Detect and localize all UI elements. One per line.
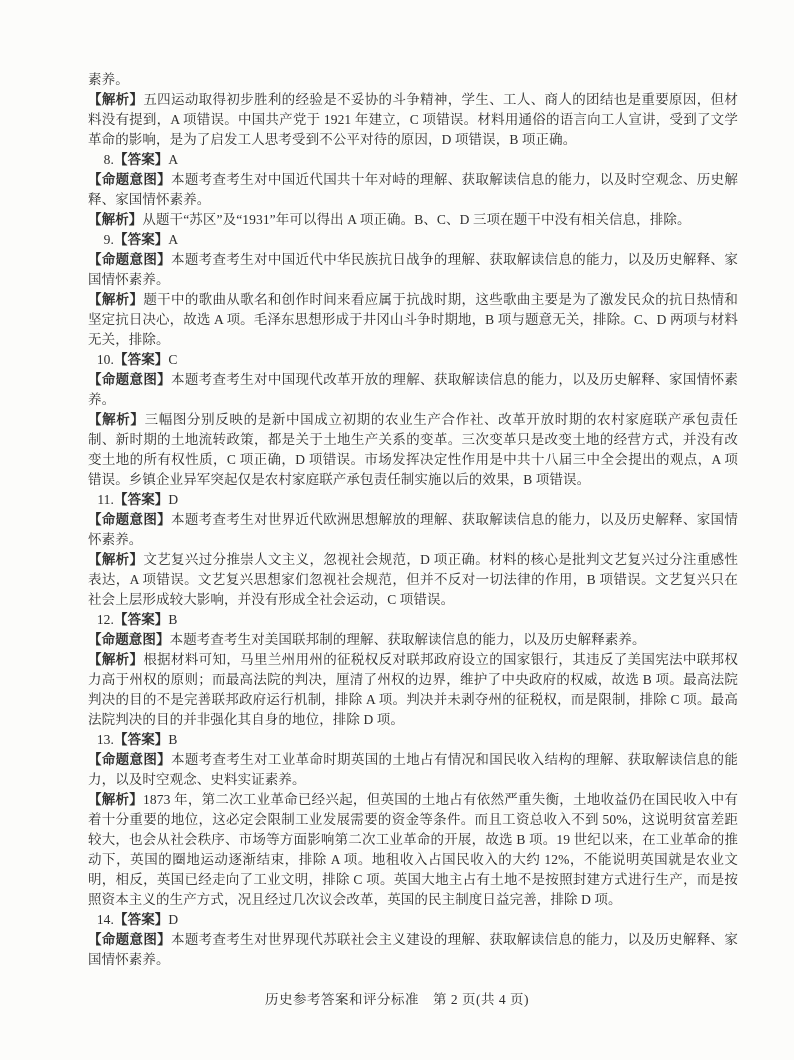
answer-item-11: 11.【答案】D 【命题意图】本题考查考生对世界近代欧洲思想解放的理解、获取解读… xyxy=(62,490,738,610)
question-number: 9. xyxy=(88,230,114,250)
analysis-label: 【解析】 xyxy=(88,552,143,567)
intent-tail-text: 素养。 xyxy=(88,70,738,90)
intent-label: 【命题意图】 xyxy=(88,752,171,767)
answer-label: 【答案】 xyxy=(114,352,168,367)
intent-text: 本题考查考生对中国近代中华民族抗日战争的理解、获取解读信息的能力，以及历史解释、… xyxy=(88,252,738,287)
intent-text: 本题考查考生对工业革命时期英国的土地占有情况和国民收入结构的理解、获取解读信息的… xyxy=(88,752,738,787)
answer-item-10: 10.【答案】C 【命题意图】本题考查考生对中国现代改革开放的理解、获取解读信息… xyxy=(62,350,738,490)
analysis-label: 【解析】 xyxy=(88,412,145,427)
question-number: 10. xyxy=(88,350,114,370)
item-7-continuation: 素养。 【解析】五四运动取得初步胜利的经验是不妥协的斗争精神，学生、工人、商人的… xyxy=(62,70,738,150)
answer-line: 12.【答案】B xyxy=(88,610,738,630)
answer-value: A xyxy=(168,232,178,247)
intent-paragraph: 【命题意图】本题考查考生对世界现代苏联社会主义建设的理解、获取解读信息的能力，以… xyxy=(88,930,738,970)
question-number: 12. xyxy=(88,610,114,630)
intent-text: 本题考查考生对世界近代欧洲思想解放的理解、获取解读信息的能力，以及历史解释、家国… xyxy=(88,512,738,547)
answer-line: 11.【答案】D xyxy=(88,490,738,510)
answer-sheet-content: 素养。 【解析】五四运动取得初步胜利的经验是不妥协的斗争精神，学生、工人、商人的… xyxy=(62,70,738,970)
question-number: 14. xyxy=(88,910,114,930)
answer-line: 14.【答案】D xyxy=(88,910,738,930)
intent-label: 【命题意图】 xyxy=(88,632,170,647)
intent-label: 【命题意图】 xyxy=(88,172,171,187)
answer-item-12: 12.【答案】B 【命题意图】本题考查考生对美国联邦制的理解、获取解读信息的能力… xyxy=(62,610,738,730)
answer-value: B xyxy=(168,732,177,747)
analysis-label: 【解析】 xyxy=(88,792,143,807)
answer-value: B xyxy=(168,612,177,627)
intent-paragraph: 【命题意图】本题考查考生对中国近代国共十年对峙的理解、获取解读信息的能力，以及时… xyxy=(88,170,738,210)
answer-label: 【答案】 xyxy=(114,912,168,927)
intent-paragraph: 【命题意图】本题考查考生对中国现代改革开放的理解、获取解读信息的能力，以及历史解… xyxy=(88,370,738,410)
answer-label: 【答案】 xyxy=(114,152,168,167)
intent-label: 【命题意图】 xyxy=(88,252,171,267)
analysis-text: 文艺复兴过分推崇人文主义，忽视社会规范，D 项正确。材料的核心是批判文艺复兴过分… xyxy=(88,552,738,607)
intent-paragraph: 【命题意图】本题考查考生对工业革命时期英国的土地占有情况和国民收入结构的理解、获… xyxy=(88,750,738,790)
answer-label: 【答案】 xyxy=(114,232,168,247)
answer-line: 10.【答案】C xyxy=(88,350,738,370)
analysis-label: 【解析】 xyxy=(88,652,143,667)
answer-label: 【答案】 xyxy=(114,612,168,627)
page-footer: 历史参考答案和评分标准第 2 页(共 4 页) xyxy=(0,988,794,1008)
analysis-text: 1873 年，第二次工业革命已经兴起，但英国的土地占有依然严重失衡，土地收益仍在… xyxy=(88,792,738,907)
analysis-text: 五四运动取得初步胜利的经验是不妥协的斗争精神，学生、工人、商人的团结也是重要原因… xyxy=(88,92,738,147)
analysis-label: 【解析】 xyxy=(88,92,143,107)
intent-text: 本题考查考生对中国近代国共十年对峙的理解、获取解读信息的能力，以及时空观念、历史… xyxy=(88,172,738,207)
intent-paragraph: 【命题意图】本题考查考生对美国联邦制的理解、获取解读信息的能力，以及历史解释素养… xyxy=(88,630,738,650)
intent-text: 本题考查考生对世界现代苏联社会主义建设的理解、获取解读信息的能力，以及历史解释、… xyxy=(88,932,738,967)
footer-title: 历史参考答案和评分标准 xyxy=(265,992,419,1007)
analysis-paragraph: 【解析】题干中的歌曲从歌名和创作时间来看应属于抗战时期，这些歌曲主要是为了激发民… xyxy=(88,290,738,350)
intent-label: 【命题意图】 xyxy=(88,512,171,527)
question-number: 8. xyxy=(88,150,114,170)
analysis-paragraph: 【解析】文艺复兴过分推崇人文主义，忽视社会规范，D 项正确。材料的核心是批判文艺… xyxy=(88,550,738,610)
intent-text: 本题考查考生对中国现代改革开放的理解、获取解读信息的能力，以及历史解释、家国情怀… xyxy=(88,372,738,407)
intent-paragraph: 【命题意图】本题考查考生对中国近代中华民族抗日战争的理解、获取解读信息的能力，以… xyxy=(88,250,738,290)
answer-label: 【答案】 xyxy=(114,732,168,747)
answer-line: 8.【答案】A xyxy=(88,150,738,170)
analysis-paragraph: 【解析】从题干“苏区”及“1931”年可以得出 A 项正确。B、C、D 三项在题… xyxy=(88,210,738,230)
document-page: 素养。 【解析】五四运动取得初步胜利的经验是不妥协的斗争精神，学生、工人、商人的… xyxy=(0,0,794,1060)
analysis-paragraph: 【解析】五四运动取得初步胜利的经验是不妥协的斗争精神，学生、工人、商人的团结也是… xyxy=(88,90,738,150)
answer-item-9: 9.【答案】A 【命题意图】本题考查考生对中国近代中华民族抗日战争的理解、获取解… xyxy=(62,230,738,350)
question-number: 13. xyxy=(88,730,114,750)
answer-label: 【答案】 xyxy=(114,492,168,507)
analysis-label: 【解析】 xyxy=(88,212,142,227)
answer-item-8: 8.【答案】A 【命题意图】本题考查考生对中国近代国共十年对峙的理解、获取解读信… xyxy=(62,150,738,230)
intent-text: 本题考查考生对美国联邦制的理解、获取解读信息的能力，以及历史解释素养。 xyxy=(170,632,646,647)
intent-label: 【命题意图】 xyxy=(88,372,171,387)
analysis-text: 根据材料可知，马里兰州用州的征税权反对联邦政府设立的国家银行，其违反了美国宪法中… xyxy=(88,652,738,727)
answer-line: 13.【答案】B xyxy=(88,730,738,750)
answer-line: 9.【答案】A xyxy=(88,230,738,250)
answer-value: A xyxy=(168,152,178,167)
analysis-text: 三幅图分别反映的是新中国成立初期的农业生产合作社、改革开放时期的农村家庭联产承包… xyxy=(88,412,738,487)
answer-value: C xyxy=(168,352,177,367)
answer-item-14: 14.【答案】D 【命题意图】本题考查考生对世界现代苏联社会主义建设的理解、获取… xyxy=(62,910,738,970)
answer-value: D xyxy=(168,912,178,927)
answer-value: D xyxy=(168,492,178,507)
question-number: 11. xyxy=(88,490,114,510)
analysis-paragraph: 【解析】根据材料可知，马里兰州用州的征税权反对联邦政府设立的国家银行，其违反了美… xyxy=(88,650,738,730)
analysis-paragraph: 【解析】三幅图分别反映的是新中国成立初期的农业生产合作社、改革开放时期的农村家庭… xyxy=(88,410,738,490)
footer-page-info: 第 2 页(共 4 页) xyxy=(433,992,529,1007)
analysis-text: 题干中的歌曲从歌名和创作时间来看应属于抗战时期，这些歌曲主要是为了激发民众的抗日… xyxy=(88,292,738,347)
answer-item-13: 13.【答案】B 【命题意图】本题考查考生对工业革命时期英国的土地占有情况和国民… xyxy=(62,730,738,910)
intent-label: 【命题意图】 xyxy=(88,932,171,947)
analysis-text: 从题干“苏区”及“1931”年可以得出 A 项正确。B、C、D 三项在题干中没有… xyxy=(142,212,690,227)
analysis-paragraph: 【解析】1873 年，第二次工业革命已经兴起，但英国的土地占有依然严重失衡，土地… xyxy=(88,790,738,910)
intent-paragraph: 【命题意图】本题考查考生对世界近代欧洲思想解放的理解、获取解读信息的能力，以及历… xyxy=(88,510,738,550)
analysis-label: 【解析】 xyxy=(88,292,143,307)
